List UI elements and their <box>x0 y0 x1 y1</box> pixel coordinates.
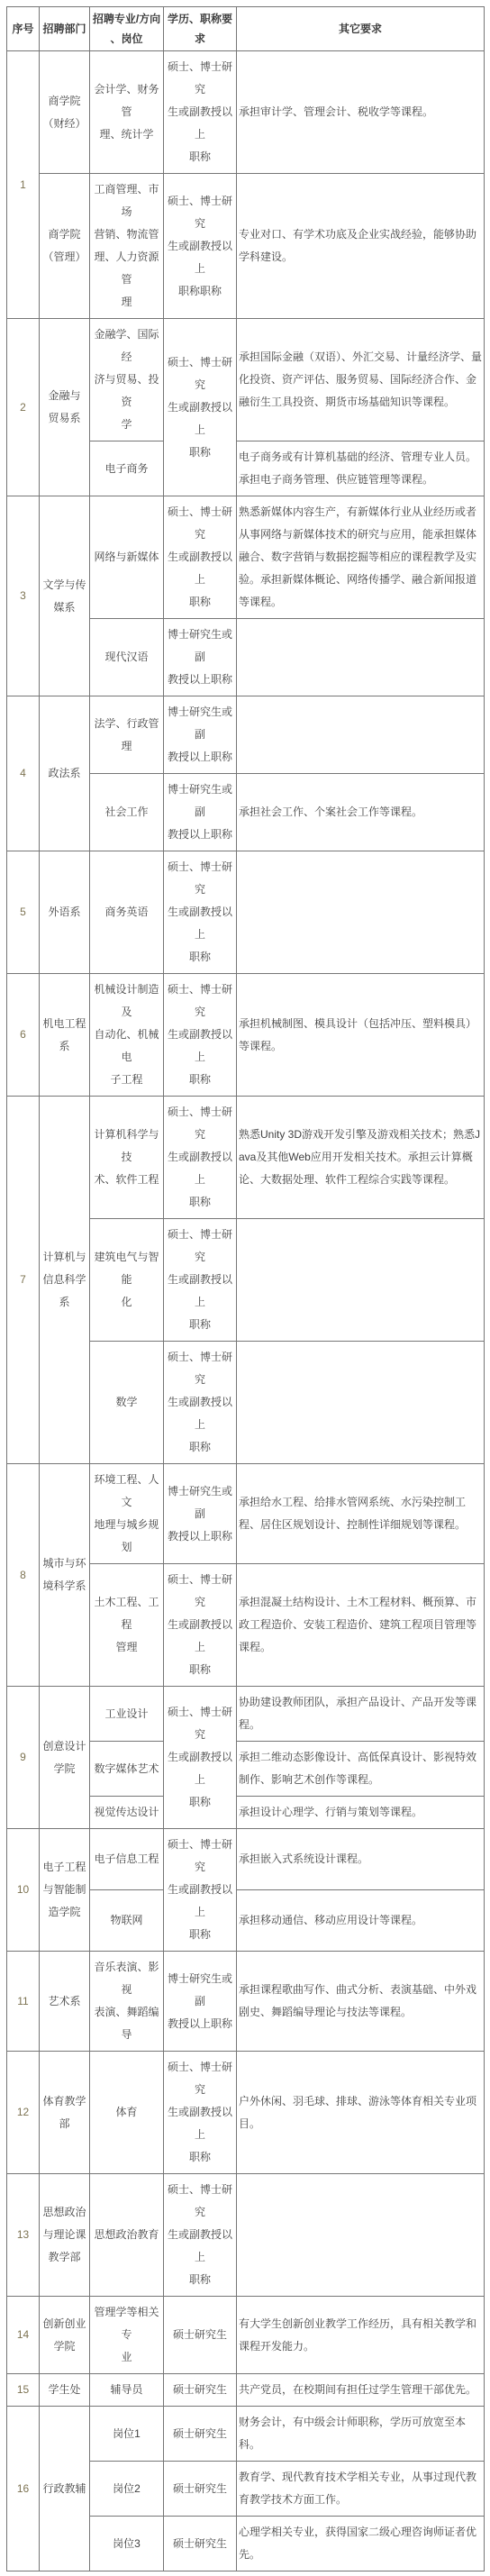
cell-other-requirements: 心理学相关专业，获得国家二级心理咨询师证者优先。 <box>237 2517 485 2571</box>
cell-other-requirements <box>237 696 485 774</box>
cell-major-position: 工业设计 <box>90 1687 164 1742</box>
cell-serial-number: 8 <box>7 1464 40 1687</box>
cell-major-position: 岗位1 <box>90 2407 164 2462</box>
cell-major-position: 金融学、国际经 济与贸易、投资 学 <box>90 319 164 441</box>
cell-degree-requirement: 硕士、博士研究 生或副教授以上 职称 <box>164 1342 237 1464</box>
cell-degree-requirement: 硕士研究生 <box>164 2517 237 2571</box>
cell-major-position: 商务英语 <box>90 851 164 974</box>
table-row: 2金融与 贸易系金融学、国际经 济与贸易、投资 学硕士、博士研究 生或副教授以上… <box>7 319 485 441</box>
cell-department: 外语系 <box>40 851 90 974</box>
cell-other-requirements: 电子商务或有计算机基础的经济、管理专业人员。承担电子商务管理、供应链管理等课程。 <box>237 441 485 496</box>
cell-major-position: 电子信息工程 <box>90 1829 164 1890</box>
table-row: 13思想政治 与理论课 教学部思想政治教育硕士、博士研究 生或副教授以上 职称 <box>7 2174 485 2297</box>
cell-major-position: 会计学、财务管 理、统计学 <box>90 51 164 174</box>
cell-serial-number: 2 <box>7 319 40 496</box>
cell-degree-requirement: 硕士研究生 <box>164 2407 237 2462</box>
cell-other-requirements: 专业对口、有学术功底及企业实战经验，能够协助学科建设。 <box>237 174 485 319</box>
cell-other-requirements <box>237 1219 485 1342</box>
recruitment-table-container: 序号 招聘部门 招聘专业/方向 、岗位 学历、职称要 求 其它要求 1商学院 （… <box>6 6 484 2571</box>
cell-department: 城市与环 境科学系 <box>40 1464 90 1687</box>
cell-major-position: 辅导员 <box>90 2374 164 2407</box>
cell-major-position: 物联网 <box>90 1890 164 1952</box>
cell-serial-number: 7 <box>7 1097 40 1464</box>
cell-department: 金融与 贸易系 <box>40 319 90 496</box>
cell-department: 思想政治 与理论课 教学部 <box>40 2174 90 2297</box>
cell-other-requirements: 承担社会工作、个案社会工作等课程。 <box>237 774 485 851</box>
cell-major-position: 数字媒体艺术 <box>90 1742 164 1797</box>
table-body: 1商学院 （财经）会计学、财务管 理、统计学硕士、博士研究 生或副教授以上 职称… <box>7 51 485 2571</box>
cell-degree-requirement: 硕士、博士研究 生或副教授以上 职称 <box>164 1829 237 1952</box>
cell-major-position: 管理学等相关专 业 <box>90 2297 164 2374</box>
cell-serial-number: 9 <box>7 1687 40 1829</box>
table-row: 4政法系法学、行政管理博士研究生或副 教授以上职称 <box>7 696 485 774</box>
cell-other-requirements <box>237 851 485 974</box>
cell-serial-number: 16 <box>7 2407 40 2571</box>
cell-degree-requirement: 硕士、博士研究 生或副教授以上 职称 <box>164 1564 237 1687</box>
cell-major-position: 网络与新媒体 <box>90 496 164 619</box>
table-row: 8城市与环 境科学系环境工程、人文 地理与城乡规划博士研究生或副 教授以上职称承… <box>7 1464 485 1564</box>
table-row: 14创新创业 学院管理学等相关专 业硕士研究生有大学生创新创业教学工作经历，具有… <box>7 2297 485 2374</box>
cell-other-requirements <box>237 1342 485 1464</box>
cell-department: 商学院 （财经） <box>40 51 90 174</box>
cell-other-requirements <box>237 2174 485 2297</box>
cell-degree-requirement: 博士研究生或副 教授以上职称 <box>164 1464 237 1564</box>
cell-other-requirements: 熟悉新媒体内容生产，有新媒体行业从业经历或者从事网络与新媒体技术的研究与应用，能… <box>237 496 485 619</box>
cell-serial-number: 12 <box>7 2052 40 2174</box>
cell-other-requirements: 承担嵌入式系统设计课程。 <box>237 1829 485 1890</box>
cell-other-requirements: 户外休闲、羽毛球、排球、游泳等体育相关专业项目。 <box>237 2052 485 2174</box>
cell-degree-requirement: 硕士、博士研究 生或副教授以上 职称 <box>164 319 237 496</box>
column-header-degree-title: 学历、职称要 求 <box>164 7 237 51</box>
cell-major-position: 社会工作 <box>90 774 164 851</box>
cell-major-position: 数学 <box>90 1342 164 1464</box>
cell-degree-requirement: 硕士、博士研究 生或副教授以上 职称 <box>164 496 237 619</box>
cell-degree-requirement: 博士研究生或副 教授以上职称 <box>164 696 237 774</box>
cell-serial-number: 11 <box>7 1952 40 2052</box>
cell-major-position: 思想政治教育 <box>90 2174 164 2297</box>
column-header-serial: 序号 <box>7 7 40 51</box>
cell-degree-requirement: 硕士、博士研究 生或副教授以上 职称 <box>164 1219 237 1342</box>
cell-serial-number: 4 <box>7 696 40 851</box>
cell-major-position: 计算机科学与技 术、软件工程 <box>90 1097 164 1219</box>
cell-degree-requirement: 硕士、博士研究 生或副教授以上 职称 <box>164 1687 237 1829</box>
table-row: 10电子工程 与智能制 造学院电子信息工程硕士、博士研究 生或副教授以上 职称承… <box>7 1829 485 1890</box>
cell-major-position: 机械设计制造及 自动化、机械电 子工程 <box>90 974 164 1097</box>
cell-major-position: 法学、行政管理 <box>90 696 164 774</box>
cell-other-requirements: 承担给水工程、给排水管网系统、水污染控制工程、居住区规划设计、控制性详细规划等课… <box>237 1464 485 1564</box>
table-row: 商学院 （管理）工商管理、市场 营销、物流管 理、人力资源管 理硕士、博士研究 … <box>7 174 485 319</box>
cell-other-requirements <box>237 619 485 696</box>
cell-other-requirements: 承担审计学、管理会计、税收学等课程。 <box>237 51 485 174</box>
table-row: 3文学与传 媒系网络与新媒体硕士、博士研究 生或副教授以上 职称熟悉新媒体内容生… <box>7 496 485 619</box>
cell-other-requirements: 协助建设教师团队，承担产品设计、产品开发等课程。 <box>237 1687 485 1742</box>
cell-degree-requirement: 硕士、博士研究 生或副教授以上 职称 <box>164 974 237 1097</box>
cell-serial-number: 6 <box>7 974 40 1097</box>
cell-degree-requirement: 硕士研究生 <box>164 2374 237 2407</box>
table-row: 7计算机与 信息科学 系计算机科学与技 术、软件工程硕士、博士研究 生或副教授以… <box>7 1097 485 1219</box>
cell-department: 商学院 （管理） <box>40 174 90 319</box>
cell-degree-requirement: 硕士、博士研究 生或副教授以上 职称职称 <box>164 174 237 319</box>
cell-department: 电子工程 与智能制 造学院 <box>40 1829 90 1952</box>
cell-department: 创新创业 学院 <box>40 2297 90 2374</box>
table-row: 9创意设计 学院工业设计硕士、博士研究 生或副教授以上 职称协助建设教师团队，承… <box>7 1687 485 1742</box>
cell-other-requirements: 承担设计心理学、行销与策划等课程。 <box>237 1797 485 1829</box>
cell-department: 计算机与 信息科学 系 <box>40 1097 90 1464</box>
cell-department: 体育教学 部 <box>40 2052 90 2174</box>
cell-major-position: 音乐表演、影视 表演、舞蹈编导 <box>90 1952 164 2052</box>
cell-department: 行政教辅 <box>40 2407 90 2571</box>
cell-degree-requirement: 博士研究生或副 教授以上职称 <box>164 774 237 851</box>
cell-department: 文学与传 媒系 <box>40 496 90 696</box>
column-header-department: 招聘部门 <box>40 7 90 51</box>
cell-degree-requirement: 硕士研究生 <box>164 2297 237 2374</box>
cell-department: 政法系 <box>40 696 90 851</box>
cell-serial-number: 1 <box>7 51 40 319</box>
cell-degree-requirement: 博士研究生或副 教授以上职称 <box>164 619 237 696</box>
cell-other-requirements: 承担移动通信、移动应用设计等课程。 <box>237 1890 485 1952</box>
cell-major-position: 建筑电气与智能 化 <box>90 1219 164 1342</box>
cell-major-position: 土木工程、工程 管理 <box>90 1564 164 1687</box>
table-row: 16行政教辅岗位1硕士研究生财务会计，有中级会计师职称，学历可放宽至本科。 <box>7 2407 485 2462</box>
cell-other-requirements: 承担机械制图、模具设计（包括冲压、塑料模具）等课程。 <box>237 974 485 1097</box>
cell-other-requirements: 承担二维动态影像设计、高低保真设计、影视特效制作、影响艺术创作等课程。 <box>237 1742 485 1797</box>
cell-major-position: 视觉传达设计 <box>90 1797 164 1829</box>
column-header-major-position: 招聘专业/方向 、岗位 <box>90 7 164 51</box>
cell-degree-requirement: 硕士、博士研究 生或副教授以上 职称 <box>164 851 237 974</box>
cell-serial-number: 14 <box>7 2297 40 2374</box>
cell-other-requirements: 承担混凝土结构设计、土木工程材料、概预算、市政工程造价、安装工程造价、建筑工程项… <box>237 1564 485 1687</box>
table-row: 11艺术系音乐表演、影视 表演、舞蹈编导博士研究生或副 教授以上职称承担课程歌曲… <box>7 1952 485 2052</box>
cell-department: 创意设计 学院 <box>40 1687 90 1829</box>
cell-other-requirements: 财务会计，有中级会计师职称，学历可放宽至本科。 <box>237 2407 485 2462</box>
table-row: 6机电工程 系机械设计制造及 自动化、机械电 子工程硕士、博士研究 生或副教授以… <box>7 974 485 1097</box>
cell-other-requirements: 教育学、现代教育技术学相关专业，从事过现代教育教学技术方面工作。 <box>237 2462 485 2517</box>
cell-department: 机电工程 系 <box>40 974 90 1097</box>
cell-major-position: 岗位2 <box>90 2462 164 2517</box>
cell-other-requirements: 熟悉Unity 3D游戏开发引擎及游戏相关技术；熟悉Java及其他Web应用开发… <box>237 1097 485 1219</box>
cell-major-position: 电子商务 <box>90 441 164 496</box>
cell-degree-requirement: 硕士、博士研究 生或副教授以上 职称 <box>164 51 237 174</box>
cell-other-requirements: 承担课程歌曲写作、曲式分析、表演基础、中外戏剧史、舞蹈编导理论与技法等课程。 <box>237 1952 485 2052</box>
cell-major-position: 岗位3 <box>90 2517 164 2571</box>
cell-serial-number: 5 <box>7 851 40 974</box>
cell-other-requirements: 有大学生创新创业教学工作经历，具有相关教学和课程开发能力。 <box>237 2297 485 2374</box>
table-row: 15学生处辅导员硕士研究生共产党员，在校期间有担任过学生管理干部优先。 <box>7 2374 485 2407</box>
table-row: 5外语系商务英语硕士、博士研究 生或副教授以上 职称 <box>7 851 485 974</box>
cell-serial-number: 13 <box>7 2174 40 2297</box>
table-row: 12体育教学 部体育硕士、博士研究 生或副教授以上 职称户外休闲、羽毛球、排球、… <box>7 2052 485 2174</box>
header-row: 序号 招聘部门 招聘专业/方向 、岗位 学历、职称要 求 其它要求 <box>7 7 485 51</box>
recruitment-table: 序号 招聘部门 招聘专业/方向 、岗位 学历、职称要 求 其它要求 1商学院 （… <box>6 6 485 2571</box>
cell-degree-requirement: 硕士、博士研究 生或副教授以上 职称 <box>164 2052 237 2174</box>
table-row: 1商学院 （财经）会计学、财务管 理、统计学硕士、博士研究 生或副教授以上 职称… <box>7 51 485 174</box>
cell-major-position: 现代汉语 <box>90 619 164 696</box>
cell-serial-number: 15 <box>7 2374 40 2407</box>
cell-serial-number: 10 <box>7 1829 40 1952</box>
cell-other-requirements: 共产党员，在校期间有担任过学生管理干部优先。 <box>237 2374 485 2407</box>
cell-major-position: 体育 <box>90 2052 164 2174</box>
cell-department: 艺术系 <box>40 1952 90 2052</box>
cell-department: 学生处 <box>40 2374 90 2407</box>
cell-degree-requirement: 硕士研究生 <box>164 2462 237 2517</box>
cell-major-position: 工商管理、市场 营销、物流管 理、人力资源管 理 <box>90 174 164 319</box>
cell-degree-requirement: 博士研究生或副 教授以上职称 <box>164 1952 237 2052</box>
cell-other-requirements: 承担国际金融（双语）、外汇交易、计量经济学、量化投资、资产评估、服务贸易、国际经… <box>237 319 485 441</box>
cell-degree-requirement: 硕士、博士研究 生或副教授以上 职称 <box>164 1097 237 1219</box>
cell-degree-requirement: 硕士、博士研究 生或副教授以上 职称 <box>164 2174 237 2297</box>
cell-serial-number: 3 <box>7 496 40 696</box>
cell-major-position: 环境工程、人文 地理与城乡规划 <box>90 1464 164 1564</box>
column-header-other-requirements: 其它要求 <box>237 7 485 51</box>
